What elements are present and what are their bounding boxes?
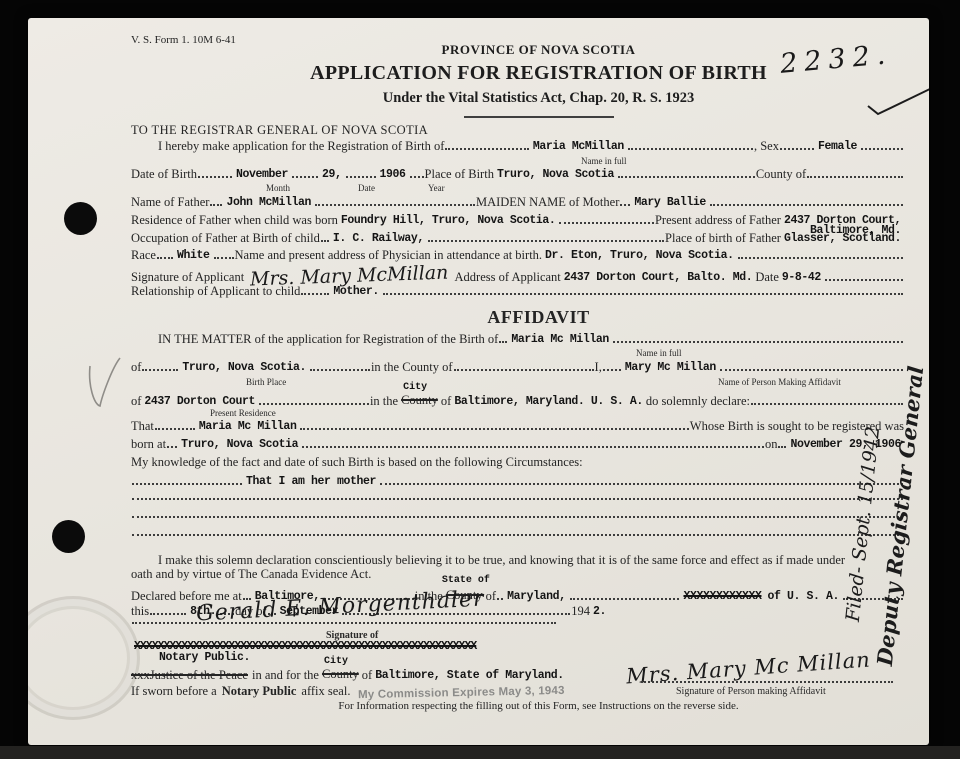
occupation-label: Occupation of Father at Birth of child — [131, 231, 320, 246]
dotted-leader — [210, 202, 222, 206]
dotted-leader — [778, 444, 786, 448]
punch-hole-bottom — [52, 520, 85, 553]
dotted-leader — [410, 174, 424, 178]
checkmark-top-right — [866, 84, 929, 118]
seal-note-bold: Notary Public — [222, 684, 297, 699]
mother-value: Mary Ballie — [634, 196, 706, 209]
scanned-form-page: V. S. Form 1. 10M 6-41 PROVINCE OF NOVA … — [28, 18, 929, 745]
seal-note-2: affix seal. — [301, 684, 350, 699]
knowledge-label: My knowledge of the fact and date of suc… — [131, 455, 583, 470]
dotted-leader — [454, 367, 594, 371]
dotted-leader — [132, 620, 556, 624]
in-and-for-label: in and for the — [252, 668, 319, 683]
of-label: of — [131, 360, 141, 375]
dotted-leader — [497, 596, 503, 600]
declaration-line-2: oath and by virtue of The Canada Evidenc… — [131, 567, 371, 582]
blank-dotted-row — [131, 532, 904, 540]
matter-name-value: Maria Mc Millan — [511, 333, 609, 346]
dotted-leader — [618, 174, 755, 178]
dotted-leader — [259, 401, 369, 405]
affidavit-birthplace-row: of Truro, Nova Scotia. in the County of … — [131, 360, 904, 375]
dotted-leader — [383, 291, 903, 295]
birth-date-row: Date of Birth November 29, 1906 Place of… — [131, 167, 904, 182]
county-overtyped-city-2: City County — [322, 665, 359, 683]
affiant-signature-hint: Signature of Person making Affidavit — [676, 686, 826, 697]
that-name-value: Maria Mc Millan — [199, 420, 297, 433]
i-label: I, — [595, 360, 602, 375]
sex-value: Female — [818, 140, 857, 153]
birthplace-value: Truro, Nova Scotia. — [182, 361, 306, 374]
dotted-leader — [315, 202, 475, 206]
app-date-label: Date — [755, 270, 779, 285]
dotted-leader — [570, 596, 680, 600]
applicant-addr-value: 2437 Dorton Court, Balto. Md. — [564, 271, 753, 284]
scan-bottom-band — [0, 746, 960, 759]
seal-instruction-row: If sworn before a Notary Public affix se… — [131, 684, 599, 699]
physician-value: Dr. Eton, Truro, Nova Scotia. — [545, 249, 734, 262]
dotted-leader — [132, 481, 242, 485]
dotted-leader — [310, 367, 370, 371]
dotted-leader — [302, 444, 764, 448]
occupation-row: Occupation of Father at Birth of child I… — [131, 231, 904, 246]
dotted-leader — [346, 174, 376, 178]
parents-row: Name of Father John McMillan MAIDEN NAME… — [131, 195, 904, 210]
sex-label: , Sex — [754, 139, 779, 154]
father-label: Name of Father — [131, 195, 209, 210]
father-value: John McMillan — [226, 196, 311, 209]
dotted-leader — [710, 202, 903, 206]
applicant-addr-label: Address of Applicant — [455, 270, 561, 285]
of-label-2: of — [131, 394, 141, 409]
dotted-leader — [780, 146, 814, 150]
dotted-leader — [620, 202, 630, 206]
addressee-line: TO THE REGISTRAR GENERAL OF NOVA SCOTIA — [131, 123, 428, 138]
father-residence-row: Residence of Father when child was born … — [131, 213, 904, 228]
county-struck-word-3: County — [322, 667, 359, 681]
dotted-leader — [150, 611, 186, 615]
pob-value: Truro, Nova Scotia — [497, 168, 614, 181]
race-value: White — [177, 249, 210, 262]
application-name-row: I hereby make application for the Regist… — [158, 139, 904, 154]
blank-dotted-row — [131, 496, 904, 504]
dotted-leader — [155, 426, 195, 430]
race-label: Race — [131, 248, 156, 263]
dotted-leader — [499, 339, 507, 343]
applicant-signature-row: Signature of Applicant Mrs. Mary McMilla… — [131, 265, 904, 285]
of-word-2: of — [486, 589, 496, 604]
in-county-label: in the County of — [371, 360, 453, 375]
circumstance-value: That I am her mother — [246, 475, 376, 488]
county-overtyped-city: City County — [401, 391, 438, 409]
of-word-3: of — [362, 668, 372, 683]
race-physician-row: Race White Name and present address of P… — [131, 248, 904, 263]
form-header: PROVINCE OF NOVA SCOTIA APPLICATION FOR … — [198, 42, 879, 118]
dotted-leader — [720, 367, 903, 371]
dotted-leader — [428, 238, 664, 242]
relationship-label: Relationship of Applicant to child — [131, 284, 300, 299]
dominion-struck-text: XXXXXXXXXXXX — [683, 590, 761, 603]
father-addr-label: Present address of Father — [655, 213, 781, 228]
dotted-leader — [142, 367, 178, 371]
blank-dotted-row — [131, 514, 904, 522]
born-place-value: Truro, Nova Scotia — [181, 438, 298, 451]
dotted-leader — [214, 255, 234, 259]
father-pob-label: Place of birth of Father — [665, 231, 781, 246]
province-heading: PROVINCE OF NOVA SCOTIA — [198, 42, 879, 58]
dotted-leader — [825, 277, 903, 281]
embossed-notary-seal — [28, 596, 140, 720]
mother-label: MAIDEN NAME of Mother — [476, 195, 619, 210]
residence-label: Residence of Father when child was born — [131, 213, 338, 228]
state-of-overtype: State of — [442, 575, 490, 586]
year-typed-value: 2. — [593, 605, 606, 618]
name-in-full-hint-2: Name in full — [636, 348, 682, 358]
dotted-leader — [132, 496, 903, 500]
deponent-value: Mary Mc Millan — [625, 361, 716, 374]
relationship-row: Relationship of Applicant to child Mothe… — [131, 284, 904, 299]
intro-label: I hereby make application for the Regist… — [158, 139, 444, 154]
name-in-full-hint: Name in full — [581, 156, 627, 166]
county-label: County of — [756, 167, 806, 182]
on-label: on — [765, 437, 778, 452]
dotted-leader — [301, 291, 329, 295]
county-struck-word: County — [401, 393, 438, 407]
dob-year-value: 1906 — [380, 168, 406, 181]
physician-label: Name and present address of Physician in… — [235, 248, 543, 263]
dotted-leader — [861, 146, 903, 150]
affidavit-born-row: born at Truro, Nova Scotia on November 2… — [131, 437, 904, 452]
circumstance-row: That I am her mother — [131, 475, 904, 489]
dob-day-value: 29, — [322, 168, 342, 181]
notary-signature-line — [131, 620, 557, 628]
dotted-leader — [300, 426, 688, 430]
dob-month-value: November — [236, 168, 288, 181]
this-label: this — [131, 604, 149, 619]
dotted-leader — [321, 238, 329, 242]
birth-place-hint: Birth Place — [246, 377, 286, 387]
dotted-leader — [292, 174, 318, 178]
dotted-leader — [738, 255, 903, 259]
affidavit-residence-row: of 2437 Dorton Court in the City County … — [131, 391, 904, 409]
month-hint: Month — [266, 183, 290, 193]
dob-label: Date of Birth — [131, 167, 197, 182]
dotted-leader — [157, 255, 173, 259]
form-title: APPLICATION FOR REGISTRATION OF BIRTH — [198, 62, 879, 85]
sig-label: Signature of Applicant — [131, 270, 244, 285]
residence-value: Foundry Hill, Truro, Nova Scotia. — [341, 214, 556, 227]
year-prefix: 194 — [571, 604, 590, 619]
dotted-leader — [641, 679, 893, 683]
person-making-affidavit-hint: Name of Person Making Affidavit — [718, 377, 841, 387]
born-label: born at — [131, 437, 166, 452]
of-word: of — [441, 394, 451, 409]
residence-value: 2437 Dorton Court — [144, 395, 255, 408]
that-label: That — [131, 419, 154, 434]
punch-hole-top — [64, 202, 97, 235]
header-rule — [464, 116, 614, 118]
affidavit-matter-row: IN THE MATTER of the application for Reg… — [158, 332, 904, 347]
footer-instruction: For Information respecting the filling o… — [198, 700, 879, 712]
affidavit-that-row: That Maria Mc Millan Whose Birth is soug… — [131, 419, 904, 434]
relationship-value: Mother. — [333, 285, 379, 298]
city-overtype: City — [403, 382, 427, 393]
checkmark-left-margin — [86, 356, 126, 416]
notary-place-value: Baltimore, State of Maryland. — [375, 669, 564, 682]
dotted-leader — [628, 146, 753, 150]
dotted-leader — [445, 146, 528, 150]
notary-public-typed: Notary Public. — [159, 651, 250, 664]
father-pob-value: Glasser, Scotland. — [784, 232, 901, 245]
dotted-leader — [613, 339, 903, 343]
in-the-label: in the — [370, 394, 398, 409]
present-residence-hint: Present Residence — [210, 408, 276, 418]
commission-expiry-stamp: My Commission Expires May 3, 1943 — [358, 685, 565, 701]
city-overtype-2: City — [324, 656, 348, 667]
date-hint: Date — [358, 183, 375, 193]
pob-label: Place of Birth — [425, 167, 494, 182]
occupation-value: I. C. Railway, — [333, 232, 424, 245]
app-date-value: 9-8-42 — [782, 271, 821, 284]
usa-value: of U. S. A. — [767, 590, 839, 603]
dotted-leader — [807, 174, 903, 178]
dotted-leader — [132, 514, 903, 518]
declaration-line-1: I make this solemn declaration conscient… — [158, 553, 845, 568]
dotted-leader — [167, 444, 177, 448]
born-date-value: November 29, 1906 — [790, 438, 901, 451]
dotted-leader — [198, 174, 232, 178]
matter-label: IN THE MATTER of the application for Reg… — [158, 332, 498, 347]
declare-label: do solemnly declare: — [646, 394, 750, 409]
form-subtitle: Under the Vital Statistics Act, Chap. 20… — [198, 90, 879, 107]
dotted-leader — [603, 367, 621, 371]
dotted-leader — [559, 220, 654, 224]
affidavit-place-value: Baltimore, Maryland. U. S. A. — [454, 395, 643, 408]
affidavit-heading: AFFIDAVIT — [198, 307, 879, 328]
justice-struck-text: xxxJustice of the Peace — [131, 668, 248, 683]
child-name-value: Maria McMillan — [533, 140, 624, 153]
notary-jurisdiction-row: xxxJustice of the Peace in and for the C… — [131, 665, 599, 683]
dotted-leader — [132, 532, 903, 536]
seal-note-1: If sworn before a — [131, 684, 217, 699]
declared-state-value: Maryland, — [507, 590, 566, 603]
dotted-leader — [380, 481, 903, 485]
year-hint: Year — [428, 183, 445, 193]
